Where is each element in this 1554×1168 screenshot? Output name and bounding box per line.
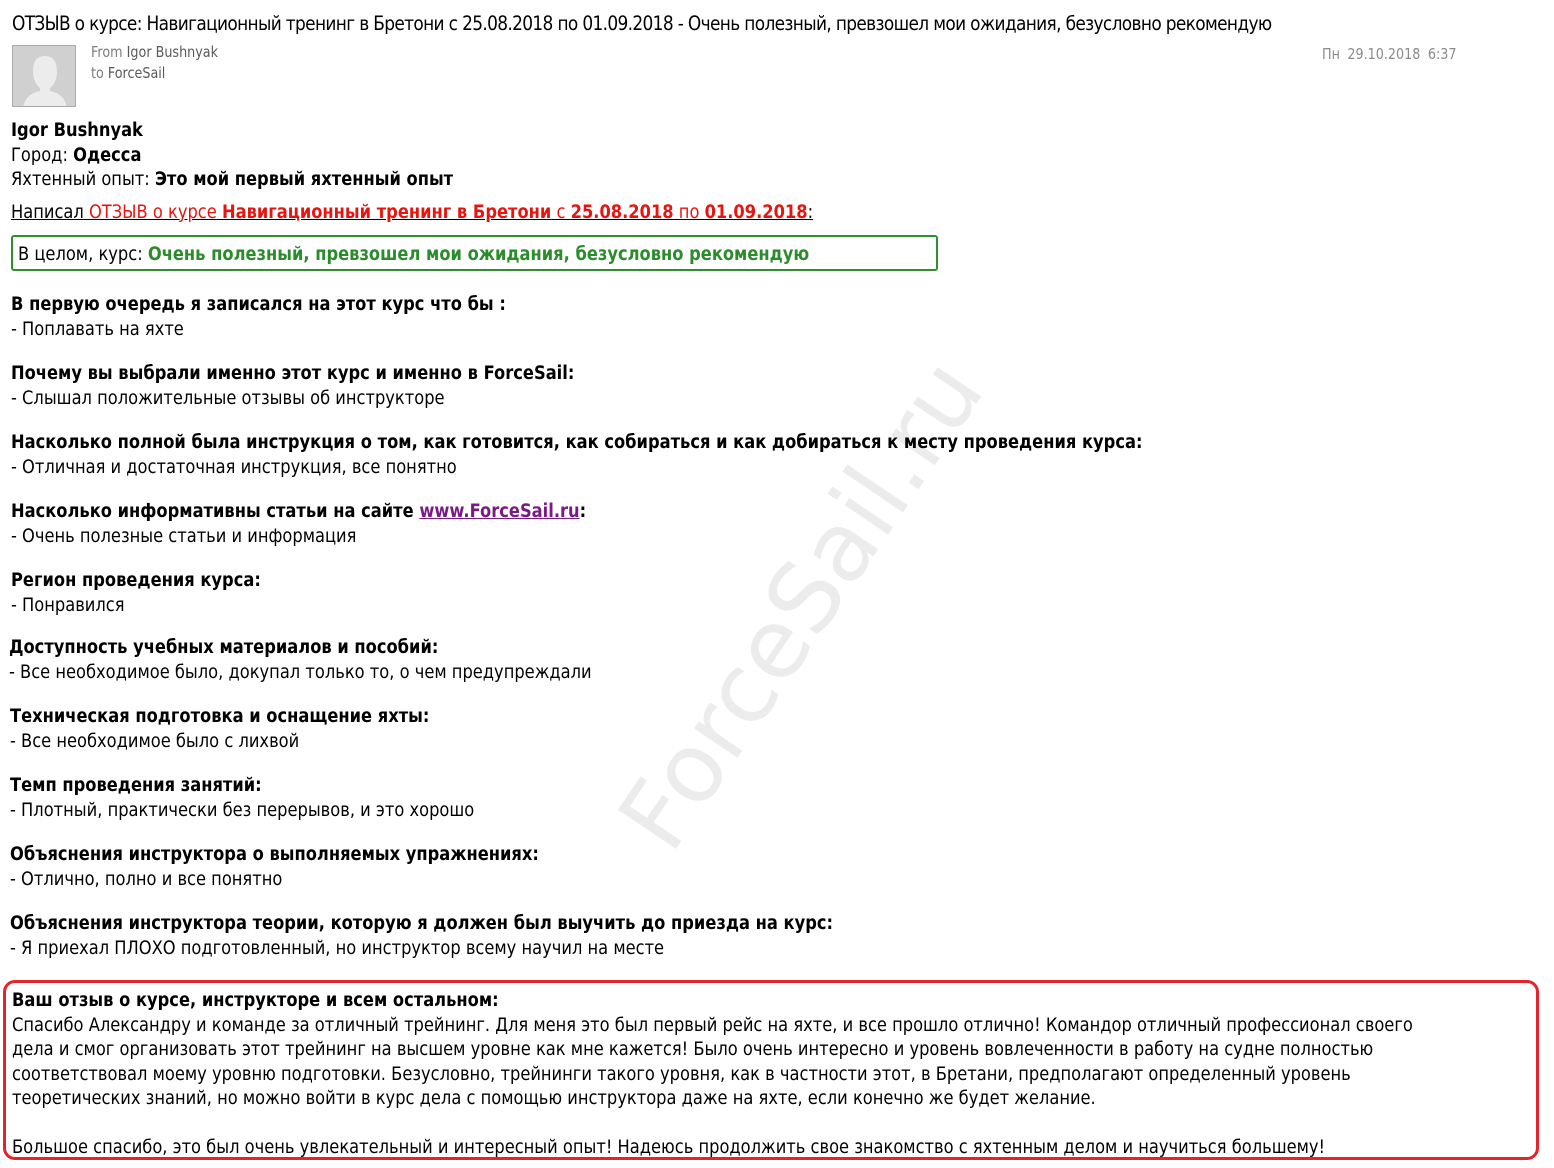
wrote-suffix: : [808,202,813,223]
qa-answer: - Отлично, полно и все понятно [10,868,1357,893]
experience-label: Яхтенный опыт: [11,169,150,190]
final-review-line: дела и смог организовать этот трейнинг н… [12,1038,1508,1063]
to-line: to ForceSail [91,63,218,84]
final-review-box: Ваш отзыв о курсе, инструкторе и всем ос… [3,980,1539,1160]
qa-question: Техническая подготовка и оснащение яхты: [10,705,1357,730]
qa-item: Объяснения инструктора о выполняемых упр… [10,843,1357,892]
qa-question: Насколько полной была инструкция о том, … [11,431,1357,456]
qa-question: Объяснения инструктора о выполняемых упр… [10,843,1357,868]
recipient-name[interactable]: ForceSail [108,64,165,82]
overall-value: Очень полезный, превзошел мои ожидания, … [148,244,809,265]
qa-list: В первую очередь я записался на этот кур… [11,293,1541,961]
question-text: Объяснения инструктора о выполняемых упр… [10,844,539,865]
qa-answer: - Понравился [11,594,1357,619]
from-line: From Igor Bushnyak [91,42,218,63]
question-text: Доступность учебных материалов и пособий… [9,637,438,658]
qa-question: Регион проведения курса: [11,569,1357,594]
question-text: Регион проведения курса: [11,570,261,591]
question-text: Насколько полной была инструкция о том, … [11,432,1142,453]
qa-answer: - Плотный, практически без перерывов, и … [10,799,1357,824]
to-word: по [679,202,700,223]
qa-answer: - Очень полезные статьи и информация [11,525,1357,550]
email-subject: ОТЗЫВ о курсе: Навигационный тренинг в Б… [12,12,1271,35]
qa-item: Насколько полной была инструкция о том, … [11,431,1357,480]
qa-item: Объяснения инструктора теории, которую я… [10,912,1357,961]
qa-question: Темп проведения занятий: [10,774,1357,799]
overall-label: В целом, курс: [18,244,143,265]
qa-item: Почему вы выбрали именно этот курс и име… [11,362,1357,411]
city-value: Одесса [73,145,141,166]
qa-question: Почему вы выбрали именно этот курс и име… [11,362,1357,387]
final-review-closing: Большое спасибо, это был очень увлекател… [12,1136,1508,1161]
qa-item: Насколько информативны статьи на сайте w… [11,500,1357,549]
question-text: Почему вы выбрали именно этот курс и име… [11,363,574,384]
qa-answer: - Все необходимое было, докупал только т… [9,661,1357,686]
question-text: Техническая подготовка и оснащение яхты: [10,706,429,727]
question-text: Темп проведения занятий: [10,775,262,796]
email-datetime: Пн 29.10.2018 6:37 [1322,45,1456,63]
qa-item: Регион проведения курса:- Понравился [11,569,1357,618]
question-suffix: : [580,501,587,522]
experience-value: Это мой первый яхтенный опыт [155,169,453,190]
city-label: Город: [11,145,68,166]
wrote-prefix: Написал [11,202,84,223]
qa-item: В первую очередь я записался на этот кур… [11,293,1357,342]
question-text: Насколько информативны статьи на сайте [11,501,414,522]
final-review-line: теоретических знаний, но можно войти в к… [12,1087,1508,1112]
review-word: ОТЗЫВ о курсе [89,202,217,223]
final-review-line: Спасибо Александру и команде за отличный… [12,1014,1508,1039]
qa-answer: - Все необходимое было с лихвой [10,730,1357,755]
date-to: 01.09.2018 [705,202,808,223]
qa-item: Техническая подготовка и оснащение яхты:… [10,705,1357,754]
person-silhouette-icon [13,46,76,107]
to-label: to [91,64,104,82]
qa-answer: - Слышал положительные отзывы об инструк… [11,387,1357,412]
qa-item: Доступность учебных материалов и пособий… [9,636,1357,685]
qa-answer: - Поплавать на яхте [11,318,1357,343]
question-text: В первую очередь я записался на этот кур… [11,294,506,315]
course-name: Навигационный тренинг в Бретони [222,202,551,223]
author-name: Igor Bushnyak [11,119,1357,144]
from-label: From [91,43,123,61]
sender-name[interactable]: Igor Bushnyak [127,43,218,61]
qa-question: В первую очередь я записался на этот кур… [11,293,1357,318]
qa-question: Доступность учебных материалов и пособий… [9,636,1357,661]
final-review-line: соответствовал моему уровню подготовки. … [12,1063,1508,1088]
email-meta: From Igor Bushnyak to ForceSail [91,42,218,84]
date-from: 25.08.2018 [571,202,674,223]
qa-question: Объяснения инструктора теории, которую я… [10,912,1357,937]
question-text: Объяснения инструктора теории, которую я… [10,913,833,934]
author-city: Город: Одесса [11,144,1357,169]
wrote-line: Написал ОТЗЫВ о курсе Навигационный трен… [11,201,1357,226]
sender-avatar [12,45,76,107]
qa-item: Темп проведения занятий:- Плотный, практ… [10,774,1357,823]
qa-question: Насколько информативны статьи на сайте w… [11,500,1357,525]
final-review-title: Ваш отзыв о курсе, инструкторе и всем ос… [12,989,1508,1014]
author-experience: Яхтенный опыт: Это мой первый яхтенный о… [11,168,1357,193]
qa-answer: - Я приехал ПЛОХО подготовленный, но инс… [10,937,1357,962]
from-word: с [556,202,565,223]
email-body: Igor Bushnyak Город: Одесса Яхтенный опы… [11,119,1541,961]
overall-rating-box: В целом, курс: Очень полезный, превзошел… [11,235,938,271]
forcesail-link[interactable]: www.ForceSail.ru [419,501,579,522]
qa-answer: - Отличная и достаточная инструкция, все… [11,456,1357,481]
